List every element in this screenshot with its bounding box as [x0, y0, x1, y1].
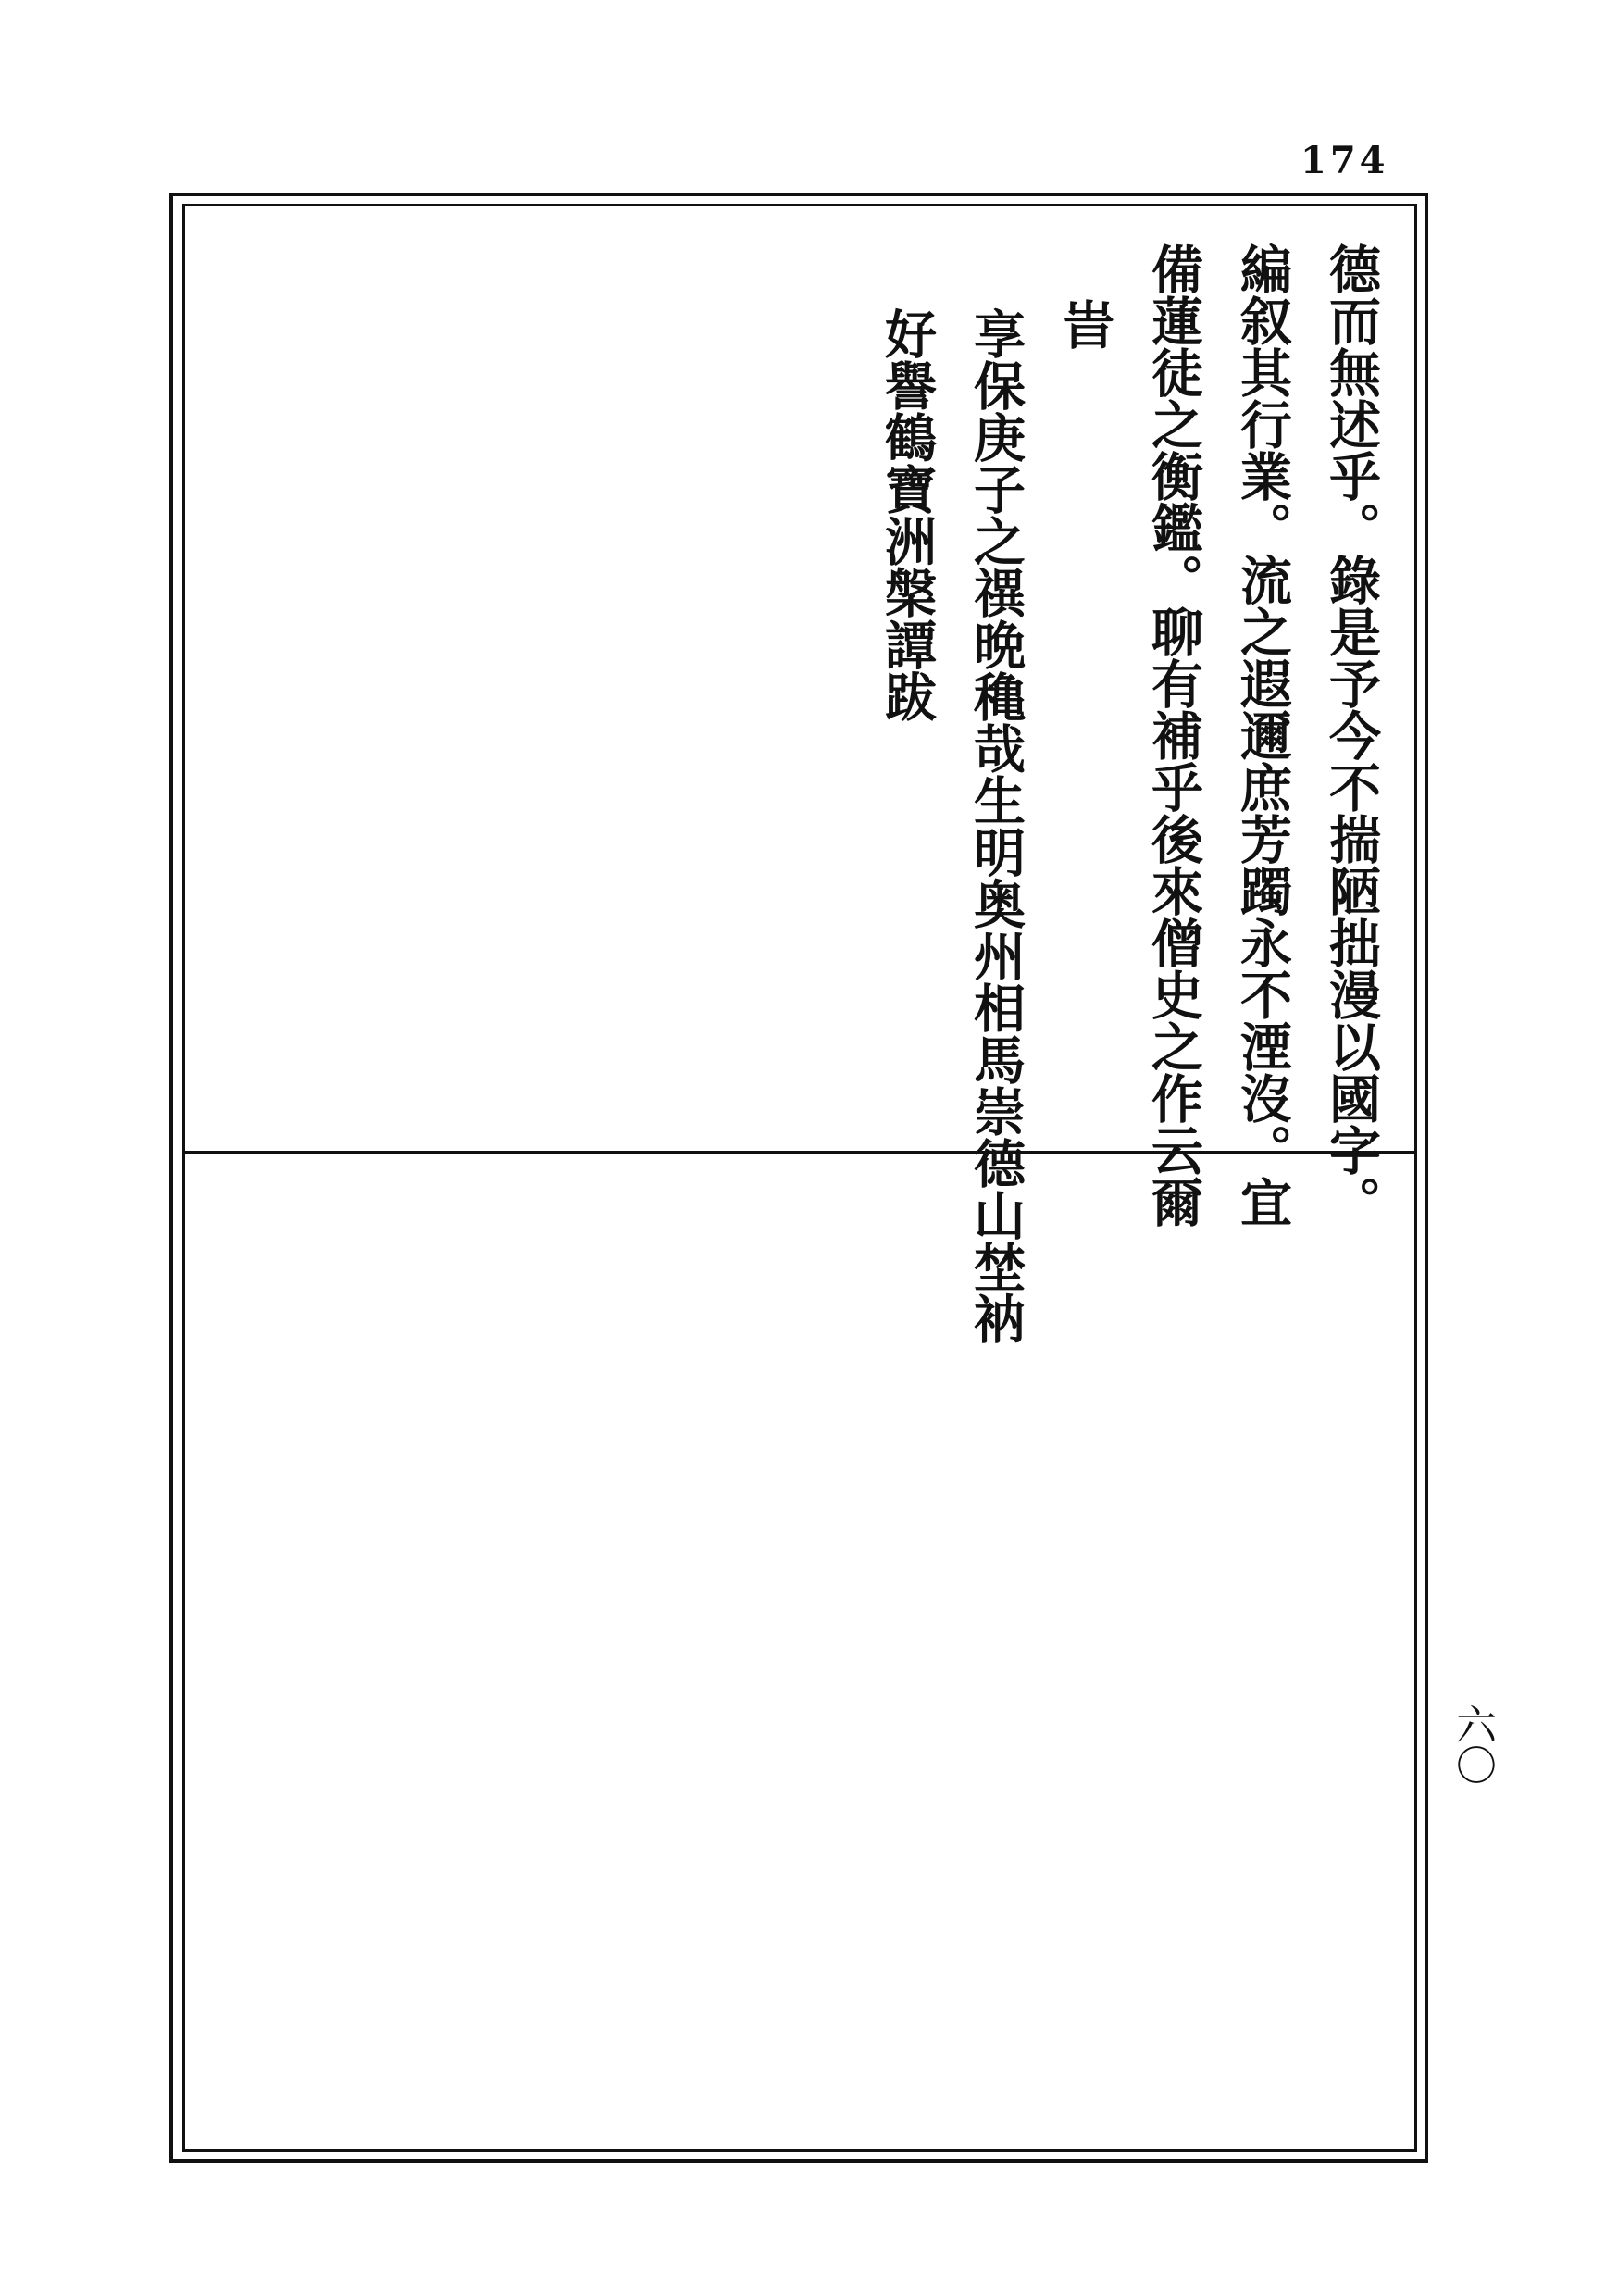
- vertical-text-area: 德而無述乎。錄是予今不揣陋拙漫以國字。 編叙其行業。流之遐邇庶芳躅永不湮沒。宜 …: [863, 243, 1396, 1150]
- text-column-date-marker: 旹: [1040, 243, 1129, 1150]
- text-column-2: 編叙其行業。流之遐邇庶芳躅永不湮沒。宜: [1218, 243, 1307, 1150]
- margin-page-number: 六〇: [1451, 1703, 1492, 1785]
- text-column-colophon: 享保庚子之禩晩穐哉生明奥州相馬崇德山埜衲: [952, 243, 1040, 1150]
- page-number: 174: [1301, 139, 1389, 182]
- text-column-1: 德而無述乎。錄是予今不揣陋拙漫以國字。: [1307, 243, 1396, 1150]
- text-column-signature: 好譽鶴寶洲槃譚跋: [863, 243, 952, 1150]
- text-column-3: 備蓮徒之衡鑑。聊有補乎後來僧史之作云爾: [1129, 243, 1218, 1150]
